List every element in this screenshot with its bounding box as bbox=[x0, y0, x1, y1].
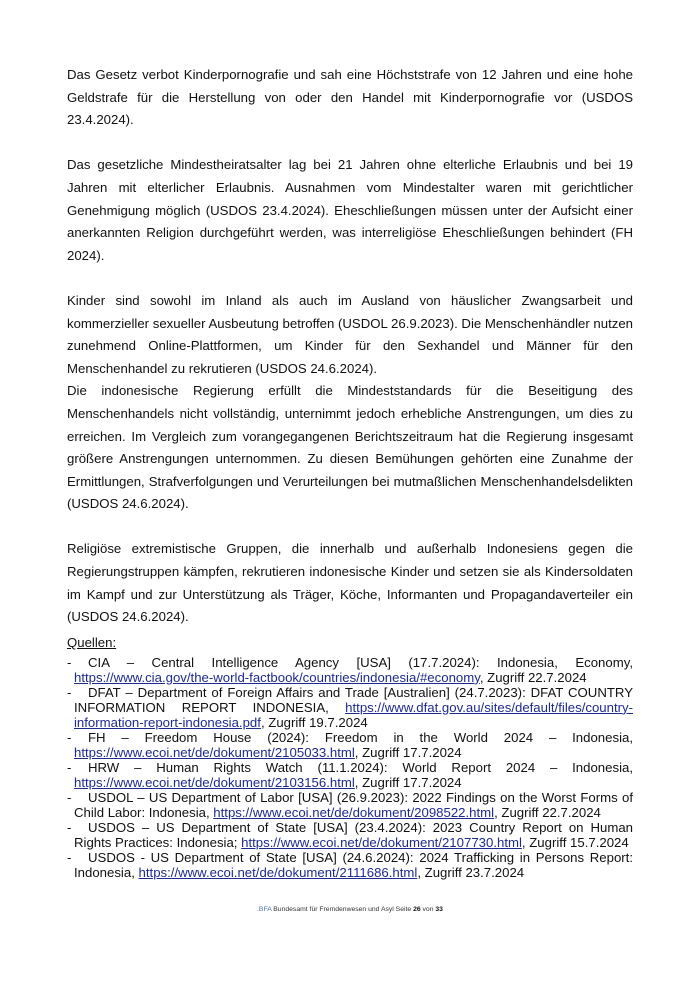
list-dash: - bbox=[67, 685, 71, 700]
source-text: FH – Freedom House (2024): Freedom in th… bbox=[88, 730, 633, 745]
paragraph-child-exploitation: Kinder sind sowohl im Inland als auch im… bbox=[67, 290, 633, 380]
paragraph-gap bbox=[67, 516, 633, 539]
sources-list: - CIA – Central Intelligence Agency [USA… bbox=[67, 655, 633, 880]
bfa-logo-text: .BFA bbox=[257, 906, 271, 913]
paragraph-child-soldiers: Religiöse extremistische Gruppen, die in… bbox=[67, 538, 633, 628]
source-text: HRW – Human Rights Watch (11.1.2024): Wo… bbox=[88, 760, 633, 775]
source-text: CIA – Central Intelligence Agency [USA] … bbox=[88, 655, 633, 670]
source-access-date: , Zugriff 17.7.2024 bbox=[355, 745, 462, 760]
list-dash: - bbox=[67, 760, 71, 775]
source-item: - CIA – Central Intelligence Agency [USA… bbox=[67, 655, 633, 685]
list-dash: - bbox=[67, 730, 71, 745]
total-page-count: 33 bbox=[435, 906, 443, 913]
paragraph-gap bbox=[67, 267, 633, 290]
source-item: - HRW – Human Rights Watch (11.1.2024): … bbox=[67, 760, 633, 790]
sources-heading: Quellen: bbox=[67, 633, 633, 653]
source-access-date: , Zugriff 19.7.2024 bbox=[261, 715, 368, 730]
current-page-number: 26 bbox=[413, 906, 421, 913]
source-link[interactable]: https://www.ecoi.net/de/dokument/2103156… bbox=[74, 775, 355, 790]
document-page: Das Gesetz verbot Kinderpornografie und … bbox=[67, 64, 633, 880]
source-access-date: , Zugriff 23.7.2024 bbox=[417, 865, 524, 880]
paragraph-gap bbox=[67, 132, 633, 155]
source-access-date: , Zugriff 15.7.2024 bbox=[522, 835, 629, 850]
source-item: - USDOL – US Department of Labor [USA] (… bbox=[67, 790, 633, 820]
source-item: - USDOS - US Department of State [USA] (… bbox=[67, 850, 633, 880]
source-link[interactable]: https://www.ecoi.net/de/dokument/2105033… bbox=[74, 745, 355, 760]
source-link[interactable]: https://www.ecoi.net/de/dokument/2107730… bbox=[241, 835, 522, 850]
paragraph-government-efforts: Die indonesische Regierung erfüllt die M… bbox=[67, 380, 633, 516]
source-access-date: , Zugriff 22.7.2024 bbox=[480, 670, 587, 685]
list-dash: - bbox=[67, 790, 71, 805]
list-dash: - bbox=[67, 655, 71, 670]
source-item: - FH – Freedom House (2024): Freedom in … bbox=[67, 730, 633, 760]
list-dash: - bbox=[67, 850, 71, 865]
source-access-date: , Zugriff 22.7.2024 bbox=[494, 805, 601, 820]
source-link[interactable]: https://www.ecoi.net/de/dokument/2111686… bbox=[139, 865, 418, 880]
source-item: - USDOS – US Department of State [USA] (… bbox=[67, 820, 633, 850]
paragraph-marriage-age: Das gesetzliche Mindestheiratsalter lag … bbox=[67, 154, 633, 267]
source-link[interactable]: https://www.cia.gov/the-world-factbook/c… bbox=[74, 670, 480, 685]
footer-org-label: Bundesamt für Fremdenwesen und Asyl Seit… bbox=[271, 906, 413, 913]
paragraph-child-pornography-law: Das Gesetz verbot Kinderpornografie und … bbox=[67, 64, 633, 132]
footer-of-label: von bbox=[421, 906, 436, 913]
source-access-date: , Zugriff 17.7.2024 bbox=[355, 775, 462, 790]
source-link[interactable]: https://www.ecoi.net/de/dokument/2098522… bbox=[213, 805, 494, 820]
source-item: - DFAT – Department of Foreign Affairs a… bbox=[67, 685, 633, 730]
page-footer: .BFA Bundesamt für Fremdenwesen und Asyl… bbox=[0, 906, 700, 913]
list-dash: - bbox=[67, 820, 71, 835]
